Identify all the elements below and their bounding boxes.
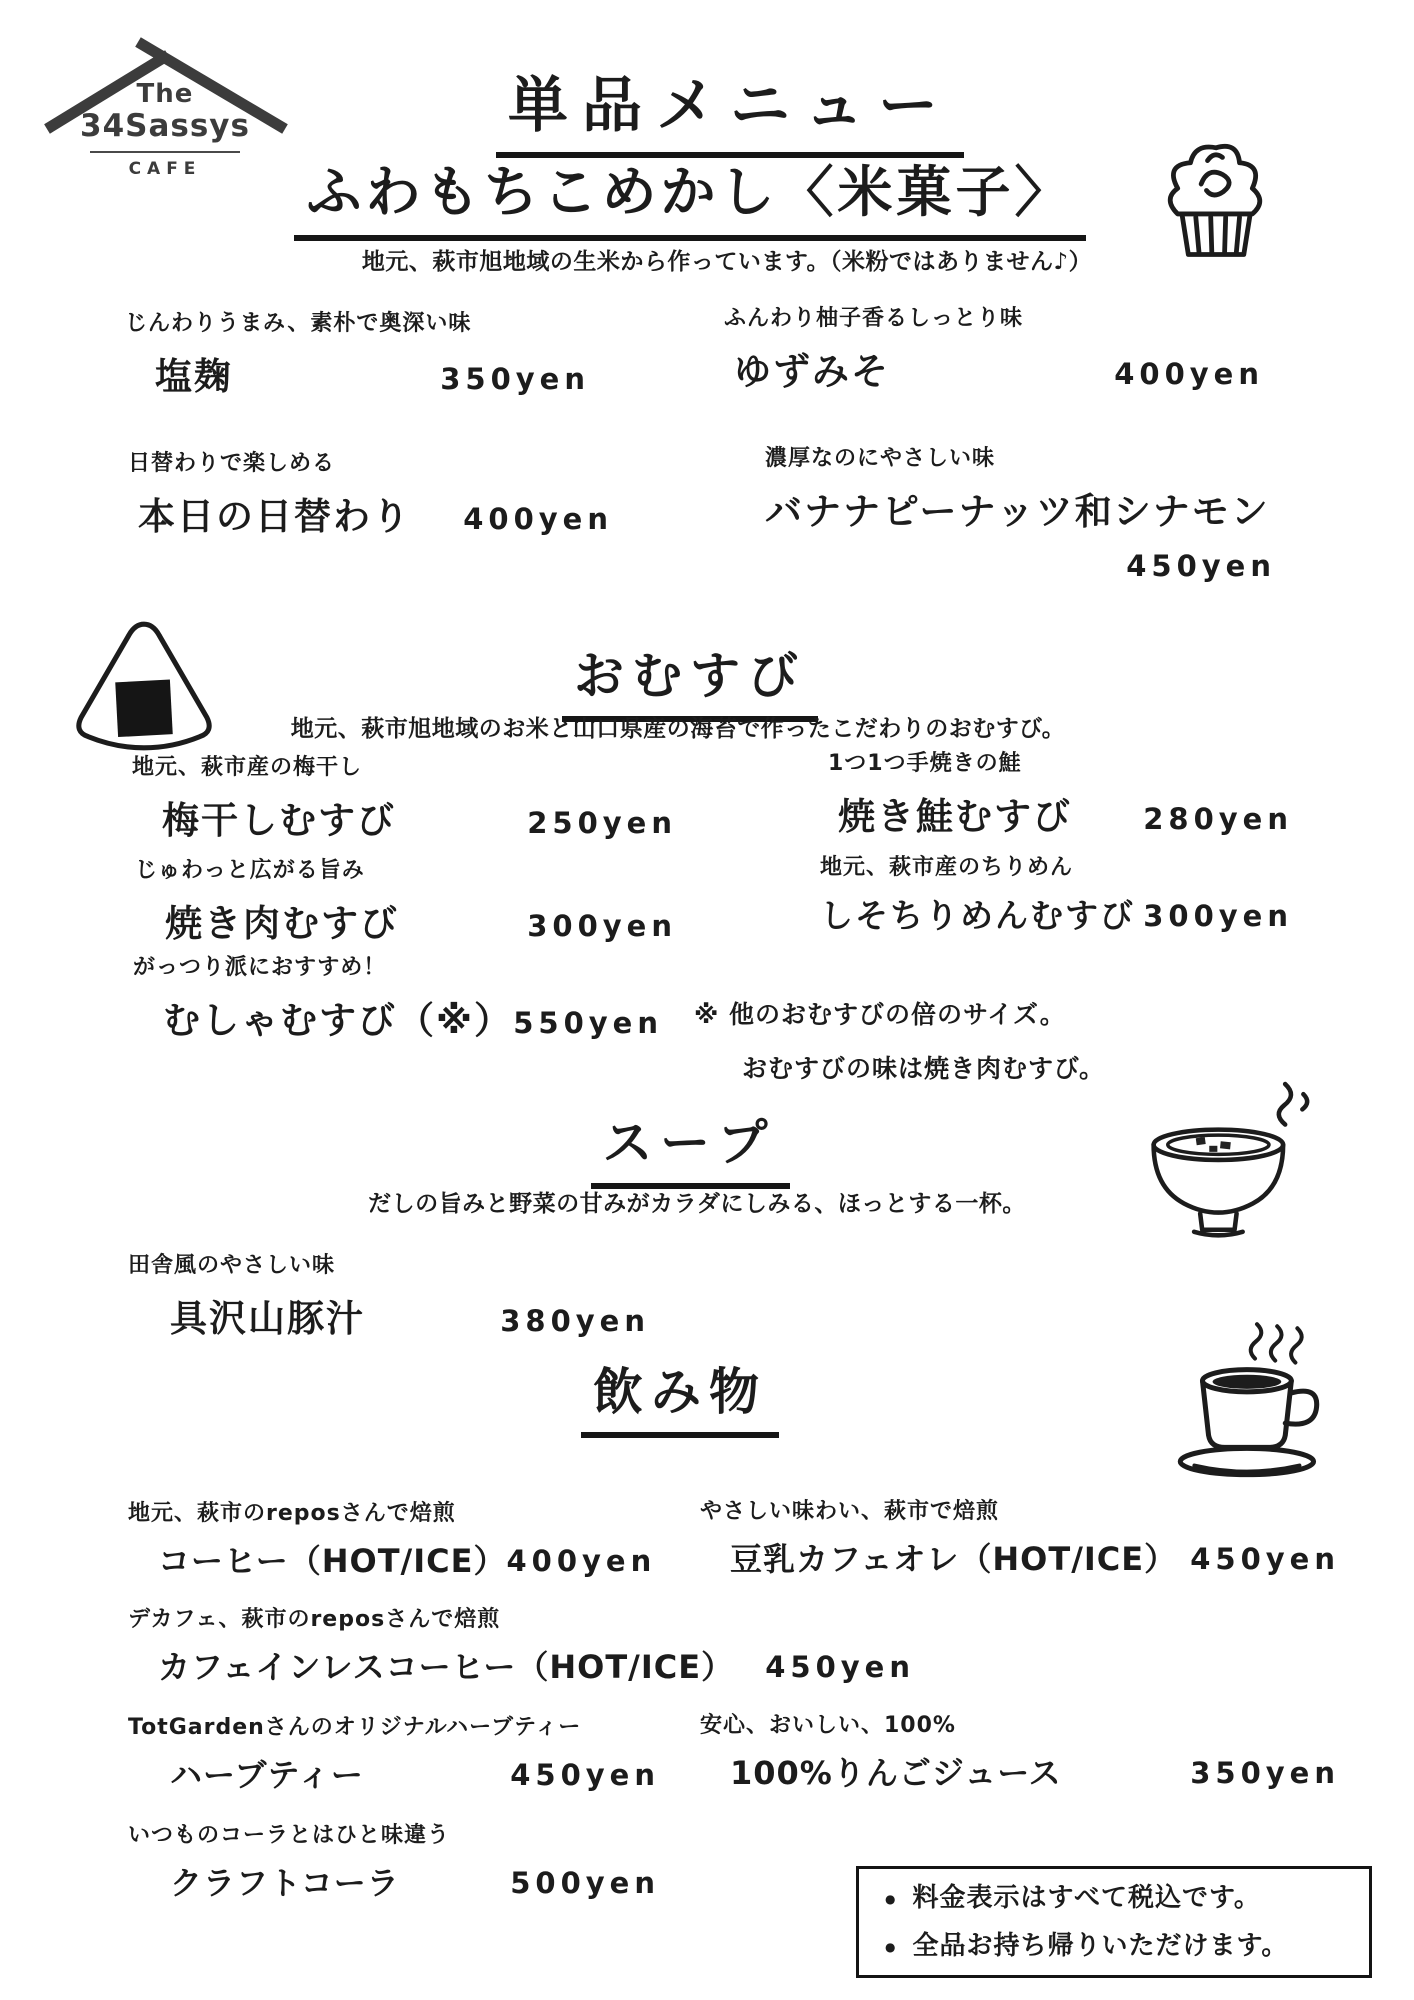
item-price: 380yen <box>500 1304 650 1342</box>
item-price: 400yen <box>463 502 613 540</box>
note-line: ※ 他のおむすびの倍のサイズ。 <box>694 995 1105 1031</box>
item-name: コーヒー（HOT/ICE） <box>128 1536 506 1582</box>
omusubi-size-note: ※ 他のおむすびの倍のサイズ。 おむすびの味は焼き肉むすび。 <box>694 995 1105 1085</box>
menu-item: いつものコーラとはひと味違う クラフトコーラ 500yen <box>128 1818 660 1904</box>
item-name: バナナピーナッツ和シナモン <box>765 490 1270 533</box>
item-name: ハーブティー <box>128 1750 364 1796</box>
section-subtitle-omusubi: 地元、萩市旭地域のお米と山口県産の海苔で作ったこだわりのおむすび。 <box>0 710 1356 743</box>
item-name: 塩麹 <box>125 346 233 400</box>
menu-item: 日替わりで楽しめる 本日の日替わり 400yen <box>128 446 613 540</box>
item-name: 豆乳カフェオレ（HOT/ICE） <box>700 1534 1177 1580</box>
menu-item: じんわりうまみ、素朴で奥深い味 塩麹 350yen <box>125 306 590 400</box>
menu-item: 地元、萩市産のちりめん しそちりめんむすび 300yen <box>820 850 1293 937</box>
note-line: おむすびの味は焼き肉むすび。 <box>694 1049 1105 1085</box>
item-price: 280yen <box>1143 802 1293 840</box>
item-name: クラフトコーラ <box>128 1858 400 1904</box>
footer-notes-box: 料金表示はすべて税込です。 全品お持ち帰りいただけます。 <box>856 1866 1372 1978</box>
item-price: 450yen <box>765 1650 915 1688</box>
item-price: 400yen <box>506 1544 656 1582</box>
footer-note: 全品お持ち帰りいただけます。 <box>885 1922 1343 1970</box>
item-name: 本日の日替わり <box>128 486 411 540</box>
item-description: ふんわり柚子香るしっとり味 <box>724 301 1264 332</box>
soup-bowl-icon <box>1135 1078 1323 1250</box>
item-name: 焼き肉むすび <box>135 893 399 947</box>
item-price: 300yen <box>1143 899 1293 937</box>
item-description: やさしい味わい、萩市で焙煎 <box>700 1494 1340 1525</box>
coffee-cup-icon <box>1150 1318 1362 1495</box>
item-description: 地元、萩市のreposさんで焙煎 <box>128 1496 655 1527</box>
menu-item: デカフェ、萩市のreposさんで焙煎 カフェインレスコーヒー（HOT/ICE） … <box>128 1602 915 1688</box>
footer-note: 料金表示はすべて税込です。 <box>885 1874 1343 1922</box>
item-price: 450yen <box>510 1758 660 1796</box>
item-name: ゆずみそ <box>724 341 890 395</box>
item-name: カフェインレスコーヒー（HOT/ICE） <box>128 1642 734 1688</box>
menu-item: 地元、萩市のreposさんで焙煎 コーヒー（HOT/ICE） 400yen <box>128 1496 655 1582</box>
menu-item: TotGardenさんのオリジナルハーブティー ハーブティー 450yen <box>128 1710 660 1796</box>
item-description: 濃厚なのにやさしい味 <box>765 441 1280 472</box>
item-name: 焼き鮭むすび <box>828 786 1072 840</box>
menu-page: The 34Sassys CAFE 単品メニュー ふわもちこめかし〈米菓子〉 地… <box>0 0 1414 2000</box>
item-price: 250yen <box>527 806 677 844</box>
item-name: 100%りんごジュース <box>700 1748 1062 1794</box>
item-description: 田舎風のやさしい味 <box>128 1248 650 1279</box>
item-description: 地元、萩市産のちりめん <box>820 850 1293 881</box>
item-price: 350yen <box>440 362 590 400</box>
item-price: 350yen <box>1190 1756 1340 1794</box>
item-description: デカフェ、萩市のreposさんで焙煎 <box>128 1602 915 1633</box>
item-name: 具沢山豚汁 <box>128 1288 365 1342</box>
item-description: いつものコーラとはひと味違う <box>128 1818 660 1849</box>
menu-item: 田舎風のやさしい味 具沢山豚汁 380yen <box>128 1248 650 1342</box>
item-description: 日替わりで楽しめる <box>128 446 613 477</box>
menu-item: がっつり派におすすめ！ むしゃむすび（※） 550yen <box>133 950 663 1044</box>
item-price: 450yen <box>1190 1542 1340 1580</box>
menu-item: やさしい味わい、萩市で焙煎 豆乳カフェオレ（HOT/ICE） 450yen <box>700 1494 1340 1580</box>
item-description: TotGardenさんのオリジナルハーブティー <box>128 1710 660 1741</box>
item-name: 梅干しむすび <box>132 790 396 844</box>
item-price: 500yen <box>510 1866 660 1904</box>
cupcake-icon <box>1140 135 1290 263</box>
item-description: 1つ1つ手焼きの鮭 <box>828 746 1293 777</box>
item-description: じんわりうまみ、素朴で奥深い味 <box>125 306 590 337</box>
menu-item: ふんわり柚子香るしっとり味 ゆずみそ 400yen <box>724 301 1264 395</box>
item-price: 400yen <box>1114 357 1264 395</box>
item-description: 安心、おいしい、100% <box>700 1708 1340 1739</box>
item-name: しそちりめんむすび <box>820 890 1135 937</box>
menu-item: 1つ1つ手焼きの鮭 焼き鮭むすび 280yen <box>828 746 1293 840</box>
menu-item: 安心、おいしい、100% 100%りんごジュース 350yen <box>700 1708 1340 1794</box>
item-description: じゅわっと広がる旨み <box>135 853 677 884</box>
item-name: むしゃむすび（※） <box>133 990 513 1044</box>
menu-item: じゅわっと広がる旨み 焼き肉むすび 300yen <box>135 853 677 947</box>
item-price: 550yen <box>513 1006 663 1044</box>
item-price: 450yen <box>765 549 1280 587</box>
menu-item: 濃厚なのにやさしい味 バナナピーナッツ和シナモン 450yen <box>765 441 1280 587</box>
menu-item: 地元、萩市産の梅干し 梅干しむすび 250yen <box>132 750 677 844</box>
item-description: 地元、萩市産の梅干し <box>132 750 677 781</box>
item-description: がっつり派におすすめ！ <box>133 950 663 981</box>
item-price: 300yen <box>527 909 677 947</box>
